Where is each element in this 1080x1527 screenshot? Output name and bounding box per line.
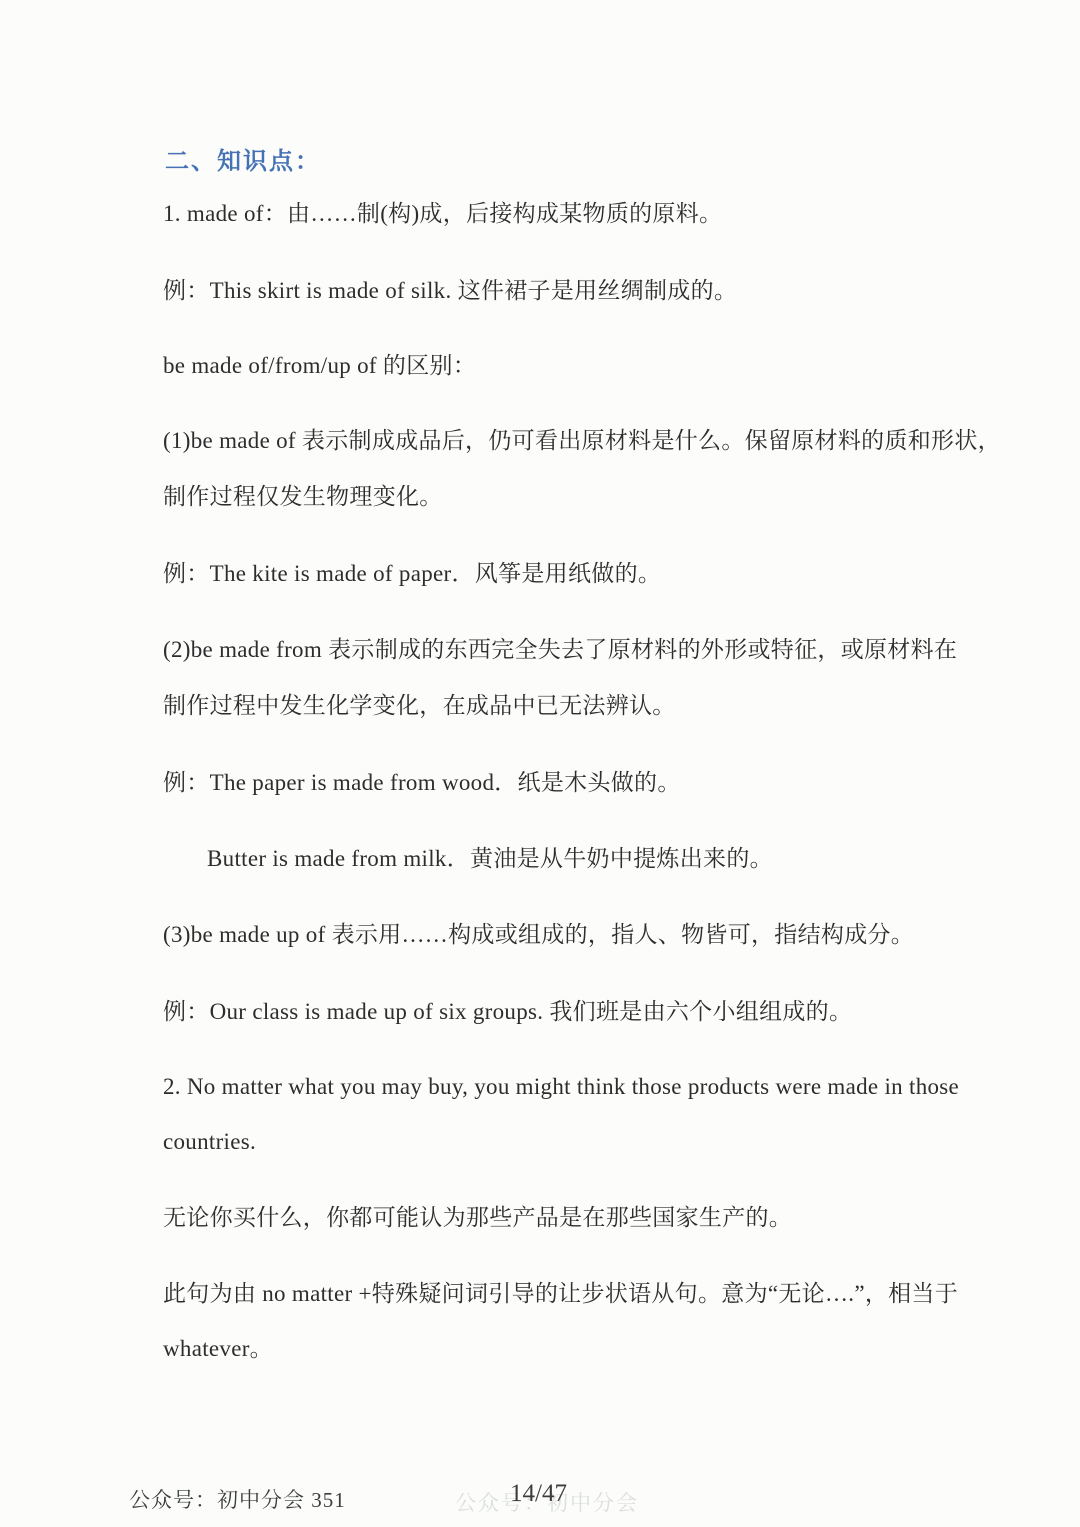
text-line: be made of/from/up of 的区别： [163, 350, 476, 382]
footer-account-label: 公众号：初中分会 351 [129, 1484, 346, 1514]
text-line: (1)be made of 表示制成成品后，仍可看出原材料是什么。保留原材料的质… [163, 425, 1001, 457]
text-line: 例：The paper is made from wood．纸是木头做的。 [163, 767, 681, 799]
text-line: Butter is made from milk．黄油是从牛奶中提炼出来的。 [207, 843, 773, 875]
text-line: 制作过程仅发生物理变化。 [163, 481, 443, 513]
text-line: 无论你买什么，你都可能认为那些产品是在那些国家生产的。 [163, 1202, 792, 1234]
text-line: (3)be made up of 表示用……构成或组成的，指人、物皆可，指结构成… [163, 919, 914, 951]
document-page: 二、知识点： 1. made of：由……制(构)成，后接构成某物质的原料。 例… [0, 0, 1080, 1527]
text-line: 例：This skirt is made of silk. 这件裙子是用丝绸制成… [163, 275, 737, 307]
text-line: whatever。 [163, 1333, 273, 1365]
text-line: 例：Our class is made up of six groups. 我们… [163, 996, 852, 1028]
page-number: 14/47 [510, 1480, 567, 1508]
section-heading: 二、知识点： [165, 141, 321, 176]
text-line: 2. No matter what you may buy, you might… [163, 1071, 959, 1103]
text-line: 制作过程中发生化学变化，在成品中已无法辨认。 [163, 690, 676, 722]
text-line: 1. made of：由……制(构)成，后接构成某物质的原料。 [163, 198, 722, 230]
text-line: 此句为由 no matter +特殊疑问词引导的让步状语从句。意为“无论….”，… [163, 1278, 958, 1310]
text-line: countries. [163, 1126, 256, 1158]
text-line: 例：The kite is made of paper．风筝是用纸做的。 [163, 558, 661, 590]
text-line: (2)be made from 表示制成的东西完全失去了原材料的外形或特征，或原… [163, 634, 957, 666]
